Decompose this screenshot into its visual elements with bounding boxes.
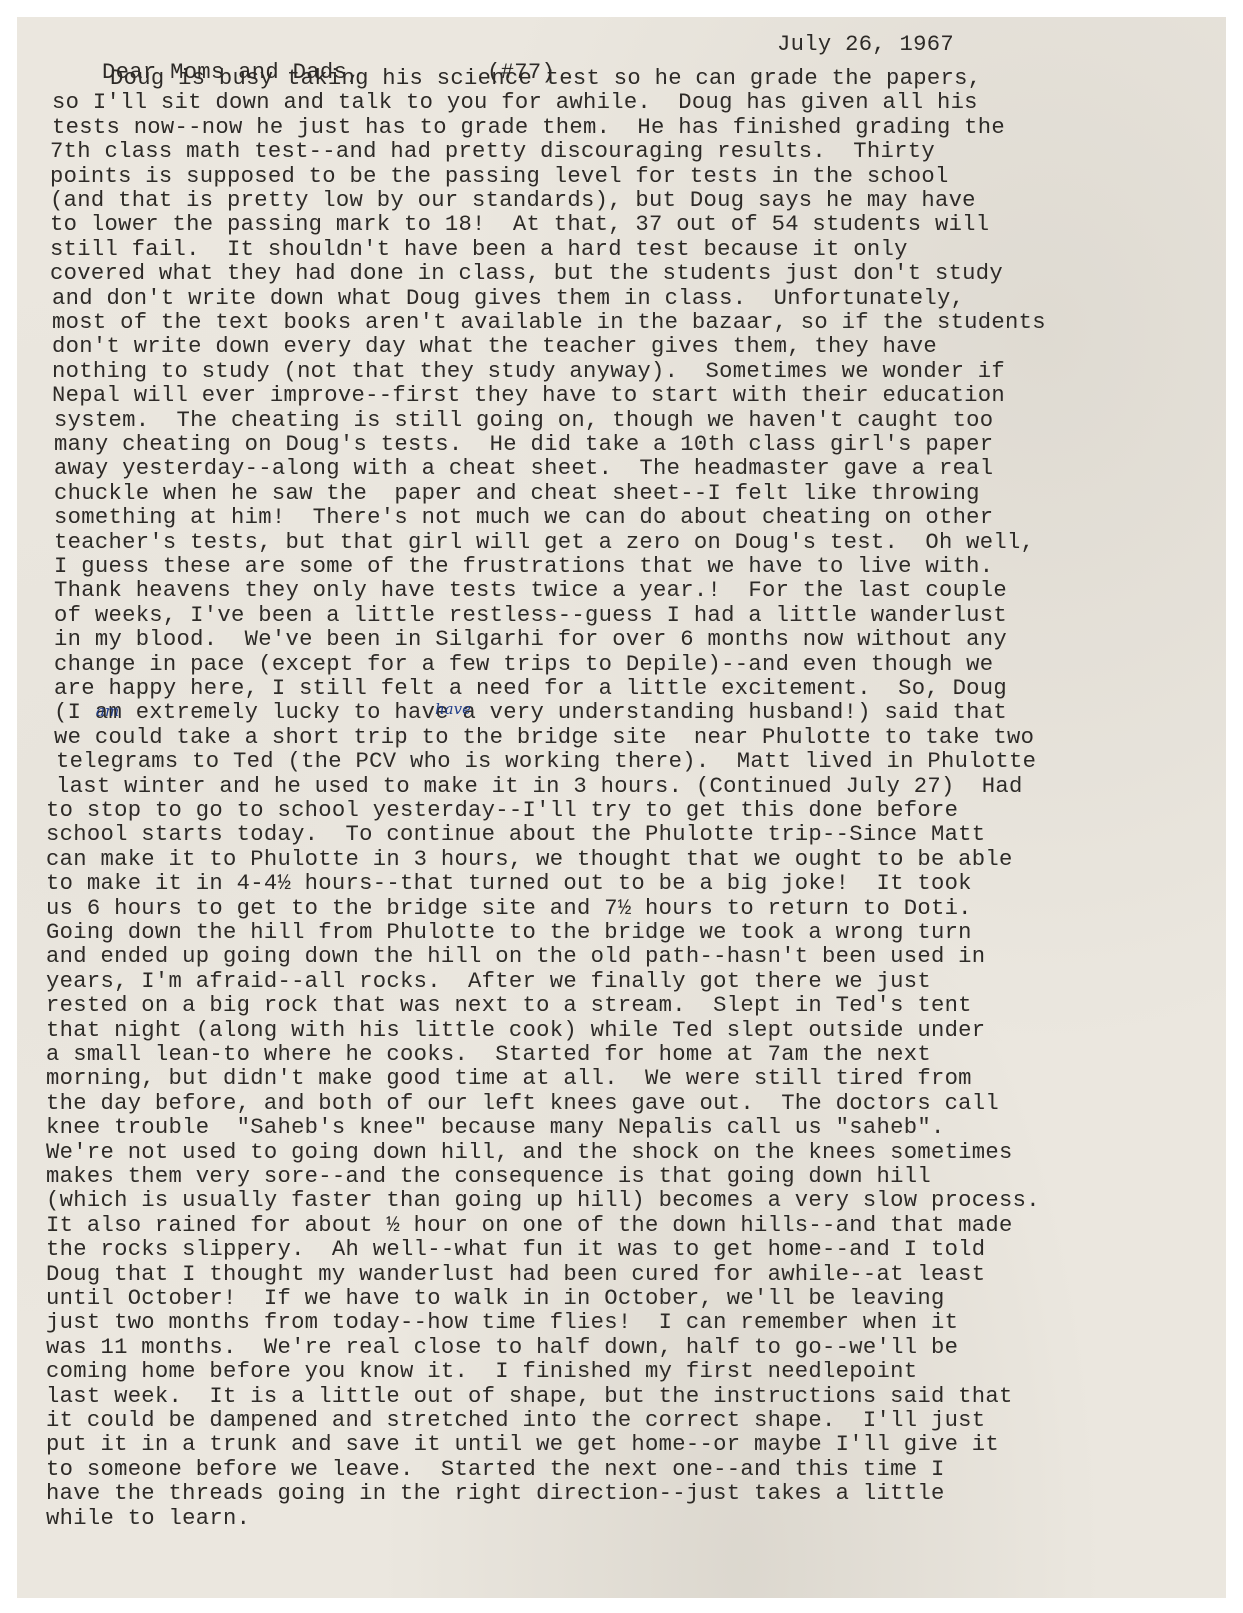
- letter-line: telegrams to Ted (the PCV who is working…: [56, 750, 1036, 774]
- letter-line: still fail. It shouldn't have been a har…: [50, 238, 908, 262]
- letter-line: last winter and he used to make it in 3 …: [56, 775, 1023, 799]
- letter-line: many cheating on Doug's tests. He did ta…: [54, 433, 993, 457]
- letter-line: just two months from today--how time fli…: [46, 1311, 958, 1335]
- letter-line: away yesterday--along with a cheat sheet…: [54, 457, 993, 481]
- letter-line: to make it in 4-4½ hours--that turned ou…: [46, 872, 972, 896]
- letter-line: school starts today. To continue about t…: [46, 823, 985, 847]
- letter-line: 7th class math test--and had pretty disc…: [50, 140, 935, 164]
- letter-line: don't write down every day what the teac…: [52, 335, 937, 359]
- letter-line: knee trouble "Saheb's knee" because many…: [46, 1116, 945, 1140]
- letter-line: to stop to go to school yesterday--I'll …: [46, 799, 958, 823]
- letter-page: July 26, 1967 Dear Moms and Dads, (#77) …: [17, 17, 1226, 1598]
- letter-line: years, I'm afraid--all rocks. After we f…: [46, 970, 931, 994]
- letter-line: so I'll sit down and talk to you for awh…: [52, 91, 978, 115]
- letter-line: we could take a short trip to the bridge…: [54, 726, 1034, 750]
- letter-line: (which is usually faster than going up h…: [46, 1189, 1040, 1213]
- letter-line: put it in a trunk and save it until we g…: [46, 1433, 999, 1457]
- letter-line: to lower the passing mark to 18! At that…: [50, 213, 989, 237]
- letter-line: chuckle when he saw the paper and cheat …: [54, 482, 980, 506]
- letter-line: system. The cheating is still going on, …: [54, 409, 993, 433]
- letter-line: makes them very sore--and the consequenc…: [46, 1165, 931, 1189]
- letter-line: to someone before we leave. Started the …: [46, 1458, 945, 1482]
- letter-line: (and that is pretty low by our standards…: [50, 189, 976, 213]
- handwritten-correction-have: have: [435, 701, 471, 717]
- letter-line: coming home before you know it. I finish…: [46, 1360, 917, 1384]
- letter-line: something at him! There's not much we ca…: [54, 506, 993, 530]
- letter-line: Thank heavens they only have tests twice…: [54, 579, 1007, 603]
- letter-date: July 26, 1967: [777, 33, 954, 57]
- letter-line: Doug that I thought my wanderlust had be…: [46, 1263, 985, 1287]
- letter-line: a small lean-to where he cooks. Started …: [46, 1043, 931, 1067]
- letter-line: us 6 hours to get to the bridge site and…: [46, 897, 972, 921]
- letter-line: tests now--now he just has to grade them…: [52, 116, 1005, 140]
- letter-line: teacher's tests, but that girl will get …: [54, 531, 1034, 555]
- handwritten-correction-am: am: [96, 703, 119, 719]
- letter-line: that night (along with his little cook) …: [46, 1019, 985, 1043]
- letter-line: covered what they had done in class, but…: [50, 262, 1003, 286]
- letter-line: in my blood. We've been in Silgarhi for …: [54, 628, 1007, 652]
- letter-line: Nepal will ever improve--first they have…: [52, 384, 1005, 408]
- letter-line: it could be dampened and stretched into …: [46, 1409, 985, 1433]
- letter-line: change in pace (except for a few trips t…: [54, 653, 993, 677]
- letter-line: until October! If we have to walk in in …: [46, 1287, 945, 1311]
- letter-line: Going down the hill from Phulotte to the…: [46, 921, 972, 945]
- letter-line: last week. It is a little out of shape, …: [46, 1385, 1013, 1409]
- letter-line: are happy here, I still felt a need for …: [54, 677, 1007, 701]
- letter-line: can make it to Phulotte in 3 hours, we t…: [46, 848, 1013, 872]
- letter-line: was 11 months. We're real close to half …: [46, 1336, 958, 1360]
- letter-line: most of the text books aren't available …: [52, 311, 1046, 335]
- letter-line: We're not used to going down hill, and t…: [46, 1141, 1013, 1165]
- letter-line: have the threads going in the right dire…: [46, 1482, 945, 1506]
- letter-line: Doug is busy taking his science test so …: [110, 67, 981, 91]
- letter-line: morning, but didn't make good time at al…: [46, 1067, 972, 1091]
- letter-line: of weeks, I've been a little restless--g…: [54, 604, 1007, 628]
- letter-line: points is supposed to be the passing lev…: [50, 165, 949, 189]
- letter-line: It also rained for about ½ hour on one o…: [46, 1214, 1013, 1238]
- letter-line: and ended up going down the hill on the …: [46, 945, 985, 969]
- letter-line: the rocks slippery. Ah well--what fun it…: [46, 1238, 985, 1262]
- letter-line: while to learn.: [46, 1507, 250, 1531]
- letter-line: (I am extremely lucky to have a very und…: [54, 701, 1007, 725]
- letter-line: the day before, and both of our left kne…: [46, 1092, 999, 1116]
- letter-line: rested on a big rock that was next to a …: [46, 994, 972, 1018]
- letter-line: and don't write down what Doug gives the…: [52, 287, 964, 311]
- letter-line: I guess these are some of the frustratio…: [54, 555, 993, 579]
- letter-line: nothing to study (not that they study an…: [52, 360, 1005, 384]
